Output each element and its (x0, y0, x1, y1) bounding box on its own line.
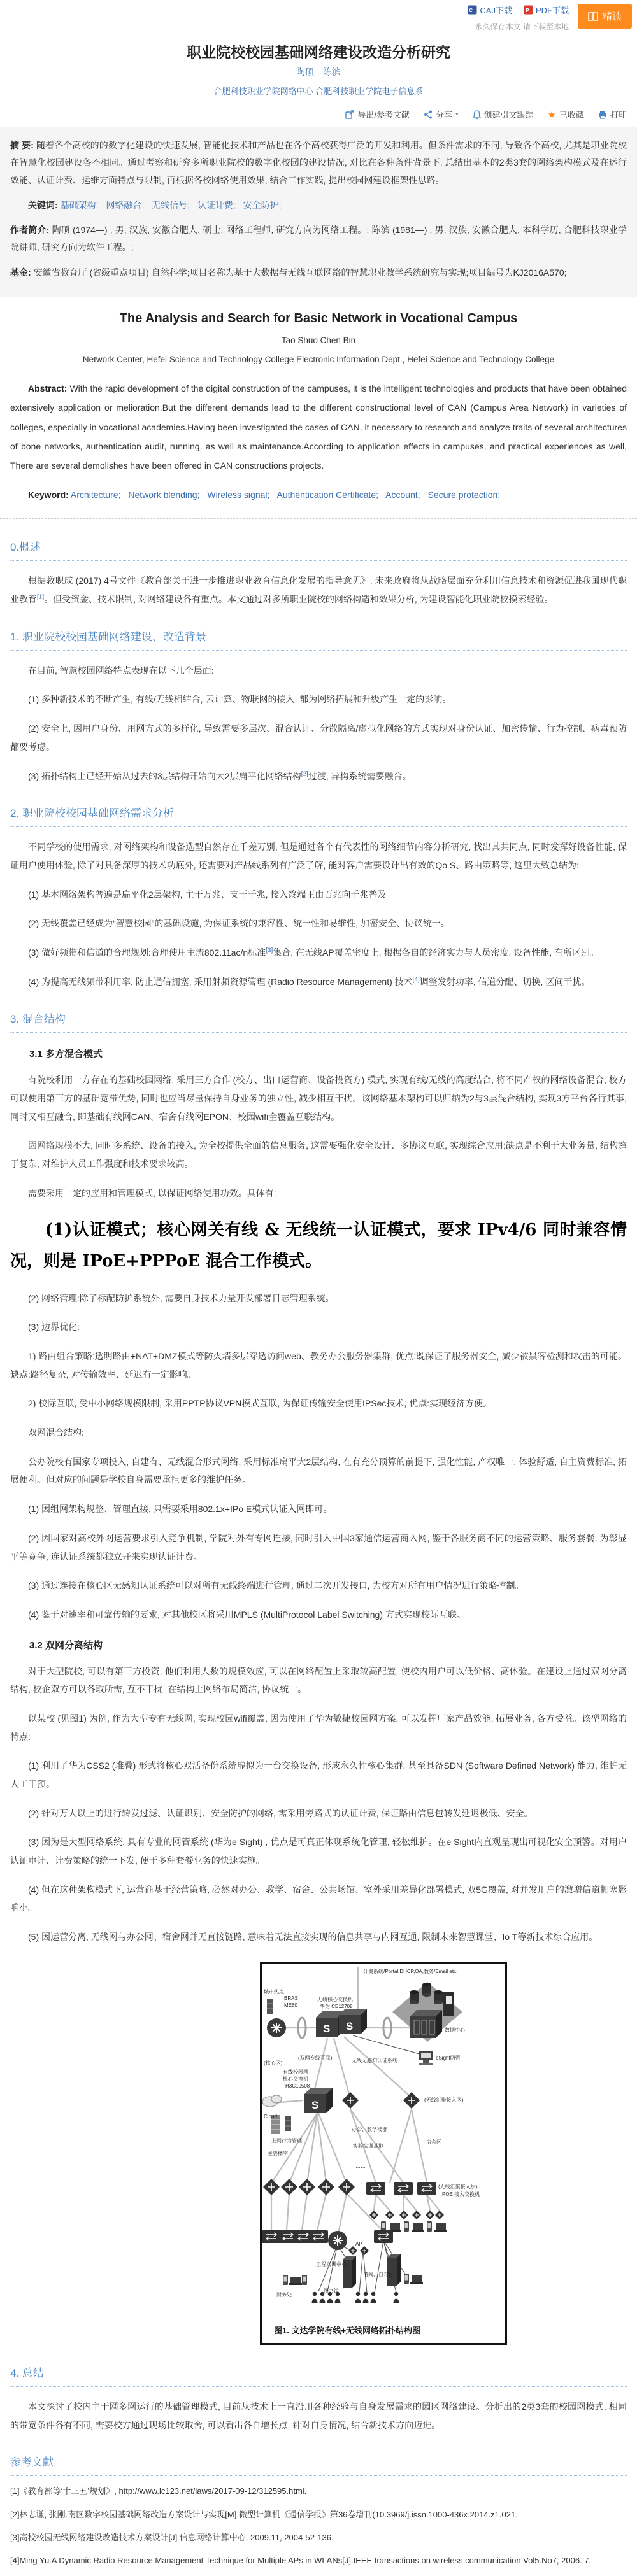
paragraph: 根据教职成 (2017) 4号文件《教育部关于进一步推进职业教育信息化发展的指导… (10, 572, 627, 608)
keyword-link[interactable]: Account; (385, 490, 420, 500)
svg-text:eSight网管: eSight网管 (436, 2055, 461, 2061)
paragraph: (2) 针对万人以上的进行转发过滤、认证识别、安全防护的网络, 需采用旁路式的认… (10, 1804, 627, 1823)
paragraph: (4) 但在这种架构模式下, 运营商基于经营策略, 必然对办公、教学、宿舍、公共… (10, 1881, 627, 1917)
server-tower-icon (443, 1992, 454, 2016)
author-link[interactable]: 陈滨 (323, 67, 341, 77)
reference-item: [2]林志谦, 张刚.南区数字校园基础网络改造方案设计与实现[M].微型计算机《… (10, 2507, 627, 2523)
esight-base (419, 2063, 433, 2065)
building-icon (387, 2254, 401, 2286)
ap-icon (426, 2211, 434, 2219)
svg-text:上网行为管理: 上网行为管理 (271, 2137, 302, 2144)
svg-text:有线校园网: 有线校园网 (283, 2069, 308, 2075)
intensive-read-button[interactable]: 精读 (578, 4, 632, 29)
svg-text:财务处: 财务处 (276, 2291, 292, 2298)
print-button[interactable]: 打印 (598, 108, 627, 120)
reference-item: [1]《教育部等‘十三五’规划》, http://www.lc123.net/l… (10, 2483, 627, 2499)
caj-download-link[interactable]: C CAJ下载 (468, 4, 512, 16)
star-icon: ★ (548, 109, 556, 120)
paragraph: (3) 拓扑结构上已经开始从过去的3层结构开始向大2层扁平化网络结构[2]过渡,… (10, 767, 627, 786)
access-switch-icon (309, 2230, 328, 2243)
english-authors: Tao Shuo Chen Bin (36, 332, 601, 349)
keyword-link[interactable]: 安全防护; (243, 200, 282, 210)
svg-text:AP: AP (355, 2241, 362, 2247)
abstract-paragraph: 摘 要: 随着各个高校的的数字化建设的快速发展, 智能化技术和产品也在各个高校获… (10, 137, 627, 189)
figure-diagram: S (262, 1964, 501, 2318)
ap-icon (435, 2211, 444, 2219)
figure-caption: 图1. 文达学院有线+无线网络拓扑结构图 (262, 2321, 505, 2342)
svg-text:ME60: ME60 (284, 2002, 297, 2008)
paragraph: (5) 因运营分离, 无线网与办公网、宿舍网并无直接链路, 意味着无法直接实现的… (10, 1928, 627, 1946)
svg-text:……: …… (355, 2163, 366, 2169)
author-link[interactable]: 陶硕 (296, 67, 314, 77)
section-heading-1: 1. 职业院校校园基础网络建设、改造背景 (10, 626, 627, 651)
building-icon (343, 2256, 356, 2288)
svg-text:(双网专线互联): (双网专线互联) (298, 2055, 333, 2061)
caj-icon: C (468, 5, 477, 15)
svg-text:城市热点: 城市热点 (264, 1988, 285, 1995)
aggregation-router-icon (403, 2092, 420, 2109)
paragraph: 公办院校有国家专项投入, 自建有、无线混合形式网络, 采用标准扁平大2层结构, … (10, 1453, 627, 1489)
paragraph: (2) 因国家对高校外网运营要求引入竞争机制, 学院对外有专网连接, 同时引入中… (10, 1529, 627, 1566)
export-icon (345, 110, 354, 119)
svg-text:宿舍区: 宿舍区 (426, 2139, 441, 2145)
paragraph: (3) 通过连接在核心区无感知认证系统可以对所有无线终端进行管理, 通过二次开发… (10, 1576, 627, 1595)
laptop-icon (434, 2223, 447, 2232)
svg-text:实验实训基地: 实验实训基地 (353, 2142, 383, 2149)
access-switch-icon (262, 2230, 281, 2243)
article-body: 0.概述 根据教职成 (2017) 4号文件《教育部关于进一步推进职业教育信息化… (0, 537, 637, 2568)
keyword-link[interactable]: Secure protection; (428, 490, 501, 500)
book-icon (588, 12, 598, 21)
ap-icon (412, 2211, 421, 2219)
english-abstract: Abstract: With the rapid development of … (10, 379, 627, 474)
page-title: 职业院校校园基础网络建设改造分析研究 (0, 41, 637, 62)
ap-icon (360, 2246, 369, 2255)
svg-text:华为 CE12708: 华为 CE12708 (320, 2003, 353, 2009)
cloud-icon (262, 2095, 282, 2107)
svg-text:(核心区): (核心区) (264, 2060, 283, 2066)
svg-text:POE 接入交换机: POE 接入交换机 (442, 2191, 480, 2197)
laptop-icon (412, 2223, 424, 2232)
behavior-gateway-icon (285, 2116, 291, 2131)
section-heading-2: 2. 职业院校校园基础网络需求分析 (10, 803, 627, 827)
save-note: 永久保存本文,请下载至本地 (468, 21, 569, 32)
poe-switch-icon (366, 2182, 385, 2195)
subsection-heading-31: 3.1 多方混合模式 (10, 1047, 627, 1060)
paragraph: (3) 边界优化: (10, 1318, 627, 1336)
poe-switch-icon (394, 2182, 413, 2195)
keyword-link[interactable]: 认证计费; (197, 200, 236, 210)
svg-text:数据中心: 数据中心 (445, 2027, 466, 2033)
bras-router-icon (267, 2018, 286, 2037)
paragraph: 在目前, 智慧校园网络特点表现在以下几个层面: (10, 662, 627, 680)
laptop-icon (289, 2277, 302, 2285)
references-heading: 参考文献 (10, 2452, 627, 2476)
bell-icon (473, 110, 481, 119)
paragraph: (3) 因为是大型网络系统, 具有专业的网管系统 (华为e Sight) , 优… (10, 1833, 627, 1869)
english-affiliation: Network Center, Hefei Science and Techno… (36, 351, 601, 368)
citation-link[interactable]: [1] (37, 593, 44, 600)
abstract-label: 摘 要: (10, 140, 34, 150)
paragraph: 双网混合结构: (10, 1424, 627, 1442)
aggregation-router-icon (342, 2092, 359, 2109)
access-router-icon (328, 2231, 347, 2250)
bio-label: 作者简介: (10, 225, 49, 235)
server-icon (410, 1990, 419, 2004)
server-icon (422, 1983, 431, 1997)
distribution-router-icon (338, 2179, 355, 2195)
keywords-row: 关键词: 基础架构; 网络融合; 无线信号; 认证计费; 安全防护; (10, 197, 627, 214)
ap-icon (399, 2211, 408, 2219)
esight-stand (423, 2060, 429, 2063)
citation-track-button[interactable]: 创建引文跟踪 (473, 108, 534, 120)
printer-icon (598, 110, 607, 119)
phone-icon (283, 2275, 288, 2285)
paragraph: 1) 路由组合策略:透明路由+NAT+DMZ模式等防火墙多层穿透访问web、教务… (10, 1347, 627, 1384)
ap-icon (385, 2211, 394, 2219)
paragraph: 有院校利用一方存在的基础校园网络, 采用三方合作 (校方、出口运营商、设备投资方… (10, 1071, 627, 1126)
paragraph: (4) 为提高无线频带利用率, 防止通信拥塞, 采用射频资源管理 (Radio … (10, 973, 627, 991)
enlarged-formula-text: (1)认证模式；核心网关有线 & 无线统一认证模式，要求 IPv4/6 同时兼容… (10, 1215, 627, 1276)
keyword-link[interactable]: Wireless signal; (207, 490, 269, 500)
paragraph: 因网络规模不大, 同时多系统、设备的接入, 为全校提供全面的信息服务, 这需要强… (10, 1136, 627, 1173)
svg-text:核心交换机: 核心交换机 (283, 2076, 308, 2082)
distribution-router-icon (281, 2179, 297, 2195)
svg-text:办公、教学楼群: 办公、教学楼群 (352, 2126, 387, 2132)
svg-text:借阅、自习区: 借阅、自习区 (363, 2271, 394, 2277)
english-block: The Analysis and Search for Basic Networ… (0, 297, 637, 519)
fund-label: 基金: (10, 267, 31, 278)
action-toolbar: 导出/参考文献 分享 ▾ 创建引文跟踪 ★ 已收藏 打印 (0, 99, 637, 127)
paragraph: 需要采用一定的应用和管理模式, 以保证网络使用功效。具体有: (10, 1184, 627, 1203)
svg-text:H3C10508: H3C10508 (285, 2083, 310, 2089)
subsection-heading-32: 3.2 双网分离结构 (10, 1638, 627, 1652)
wired-core-switch-icon (304, 2088, 333, 2113)
reference-item: [4]Ming Yu.A Dynamic Radio Resource Mana… (10, 2552, 627, 2568)
esight-screen (421, 2053, 431, 2058)
phone-icon (381, 2221, 386, 2232)
svg-text:(无线汇聚接入层): (无线汇聚接入层) (438, 2183, 478, 2190)
references-list: [1]《教育部等‘十三五’规划》, http://www.lc123.net/l… (10, 2483, 627, 2568)
paragraph: (2) 安全上, 因用户身份、用网方式的多样化, 导致需要多层次、混合认证、分散… (10, 719, 627, 756)
svg-text:C: C (469, 8, 473, 13)
svg-text:计费系统/Portal,DHCP,OA,教务/Email e: 计费系统/Portal,DHCP,OA,教务/Email etc. (363, 1968, 457, 1974)
chevron-down-icon: ▾ (455, 111, 459, 118)
paragraph: 对于大型院校, 可以有第三方投资, 他们利用人数的规模效应, 可以在网络配置上采… (10, 1662, 627, 1699)
pdf-icon: P (524, 5, 533, 15)
workstation-icon (371, 2292, 376, 2303)
reference-item: [3]高校校园无线网络建设改造技术方案设计[J].信息网络计算中心, 2009.… (10, 2530, 627, 2545)
phone-icon (427, 2221, 432, 2232)
keyword-link[interactable]: 网络融合; (106, 200, 144, 210)
section-heading-3: 3. 混合结构 (10, 1008, 627, 1033)
phone-icon (404, 2274, 409, 2284)
keyword-link[interactable]: Network blending; (128, 490, 199, 500)
section-heading-4: 4. 总结 (10, 2363, 627, 2387)
figure-1: S (260, 1962, 507, 2345)
keyword-link[interactable]: 无线信号; (152, 200, 190, 210)
keyword-link[interactable]: Authentication Certificate; (277, 490, 379, 500)
access-switch-icon (374, 2230, 393, 2243)
workstation-icon (363, 2292, 369, 2303)
svg-text:……: …… (381, 2296, 391, 2302)
english-keywords-row: Keyword: Architecture; Network blending;… (10, 486, 627, 504)
svg-text:Cloud: Cloud (264, 2114, 277, 2120)
paragraph: (1) 利用了华为CSS2 (堆叠) 形式将核心双活备份系统虚拟为一台交换设备,… (10, 1757, 627, 1793)
svg-text:BRAS: BRAS (284, 1995, 298, 2001)
svg-text:P: P (526, 8, 529, 13)
svg-text:主要楼宇: 主要楼宇 (268, 2150, 288, 2156)
citation-link[interactable]: [4] (413, 976, 420, 983)
affiliation-link[interactable]: 合肥科技职业学院网络中心 合肥科技职业学院电子信息系 (0, 85, 637, 97)
export-reference-button[interactable]: 导出/参考文献 (345, 108, 410, 120)
svg-text:图书馆: 图书馆 (324, 2288, 339, 2294)
workstation-icon (355, 2292, 361, 2303)
paragraph: (1) 因组网架构规整、管理直接, 只需要采用802.1x+IPo E模式认证入… (10, 1500, 627, 1518)
svg-text:无线无感知认证系统: 无线无感知认证系统 (352, 2057, 397, 2063)
phone-icon (302, 2275, 307, 2285)
section-heading-0: 0.概述 (10, 537, 627, 561)
wireless-core-switch-icon (339, 2009, 367, 2034)
keywords-label: 关键词: (28, 200, 58, 210)
author-links: 陶硕 陈滨 (0, 66, 637, 78)
paragraph: (1) 多种新技术的不断产生, 有线/无线相结合, 云计算、物联网的接入, 都为… (10, 690, 627, 709)
workstation-icon (312, 2292, 318, 2303)
svg-text:(无线汇聚接入区): (无线汇聚接入区) (424, 2097, 464, 2103)
keyword-link[interactable]: 基础架构; (61, 200, 99, 210)
fund-row: 基金: 安徽省教育厅 (省级重点项目) 自然科学;项目名称为基于大数据与无线互联… (10, 264, 627, 281)
pdf-download-link[interactable]: P PDF下载 (524, 4, 569, 16)
server-panel (446, 1996, 452, 2004)
citation-link[interactable]: [2] (301, 770, 308, 777)
favorite-button[interactable]: ★ 已收藏 (548, 108, 584, 120)
laptop-icon (410, 2275, 423, 2284)
paragraph: (2) 网络管理:除了标配防护系统外, 需要自身技术力量开发部署日志管理系统。 (10, 1289, 627, 1308)
svg-text:无线核心交换机: 无线核心交换机 (317, 1996, 353, 2002)
ap-icon (348, 2246, 357, 2255)
distribution-router-icon (263, 2179, 280, 2195)
paragraph: 2) 校际互联, 受中小网络规模限制, 采用PPTP协议VPN模式互联, 为保证… (10, 1394, 627, 1413)
paragraph: 不同学校的使用需求, 对网络架构和设备选型自然存在千差万别, 但是通过各个有代表… (10, 838, 627, 874)
citation-link[interactable]: [3] (266, 947, 273, 954)
paragraph: (4) 鉴于对速率和可靠传输的要求, 对其他校区将采用MPLS (MultiPr… (10, 1606, 627, 1624)
workstation-icon (394, 2292, 399, 2303)
paragraph: (1) 基本网络架构普遍是扁平化2层架构, 主干万兆、支干千兆, 接入终端正由百… (10, 886, 627, 904)
distribution-router-icon (299, 2179, 315, 2195)
paragraph: 本文探讨了校内主干网多网运行的基础管理模式, 目前从技术上一直沿用各种经验与自身… (10, 2398, 627, 2434)
keyword-link[interactable]: Architecture; (71, 490, 121, 500)
phone-icon (404, 2221, 409, 2232)
poe-switch-icon (417, 2182, 436, 2195)
svg-text:工程实训中心: 工程实训中心 (316, 2261, 347, 2267)
paragraph: 以某校 (见图1) 为例, 作为大型专有无线网, 实现校园wifi覆盖, 因为使… (10, 1709, 627, 1746)
author-bio-row: 作者简介: 陶硕 (1974—) , 男, 汉族, 安徽合肥人, 硕士, 网络工… (10, 222, 627, 257)
city-hotspot-icon (267, 1999, 273, 2014)
paragraph: (2) 无线覆盖已经成为“智慧校园”的基础设施, 为保证系统的兼容性、统一性和易… (10, 914, 627, 933)
share-icon (424, 110, 433, 119)
top-download-bar: C CAJ下载 P PDF下载 永久保存本文,请下载至本地 精读 (0, 0, 637, 32)
paragraph: (3) 做好频带和信道的合理规划:合理使用主流802.11ac/n标准[3]集合… (10, 944, 627, 962)
distribution-router-icon (318, 2179, 334, 2195)
server-icon (434, 1990, 443, 2004)
abstract-block: 摘 要: 随着各个高校的的数字化建设的快速发展, 智能化技术和产品也在各个高校获… (0, 127, 637, 297)
english-title: The Analysis and Search for Basic Networ… (10, 311, 627, 326)
share-button[interactable]: 分享 ▾ (424, 108, 459, 120)
